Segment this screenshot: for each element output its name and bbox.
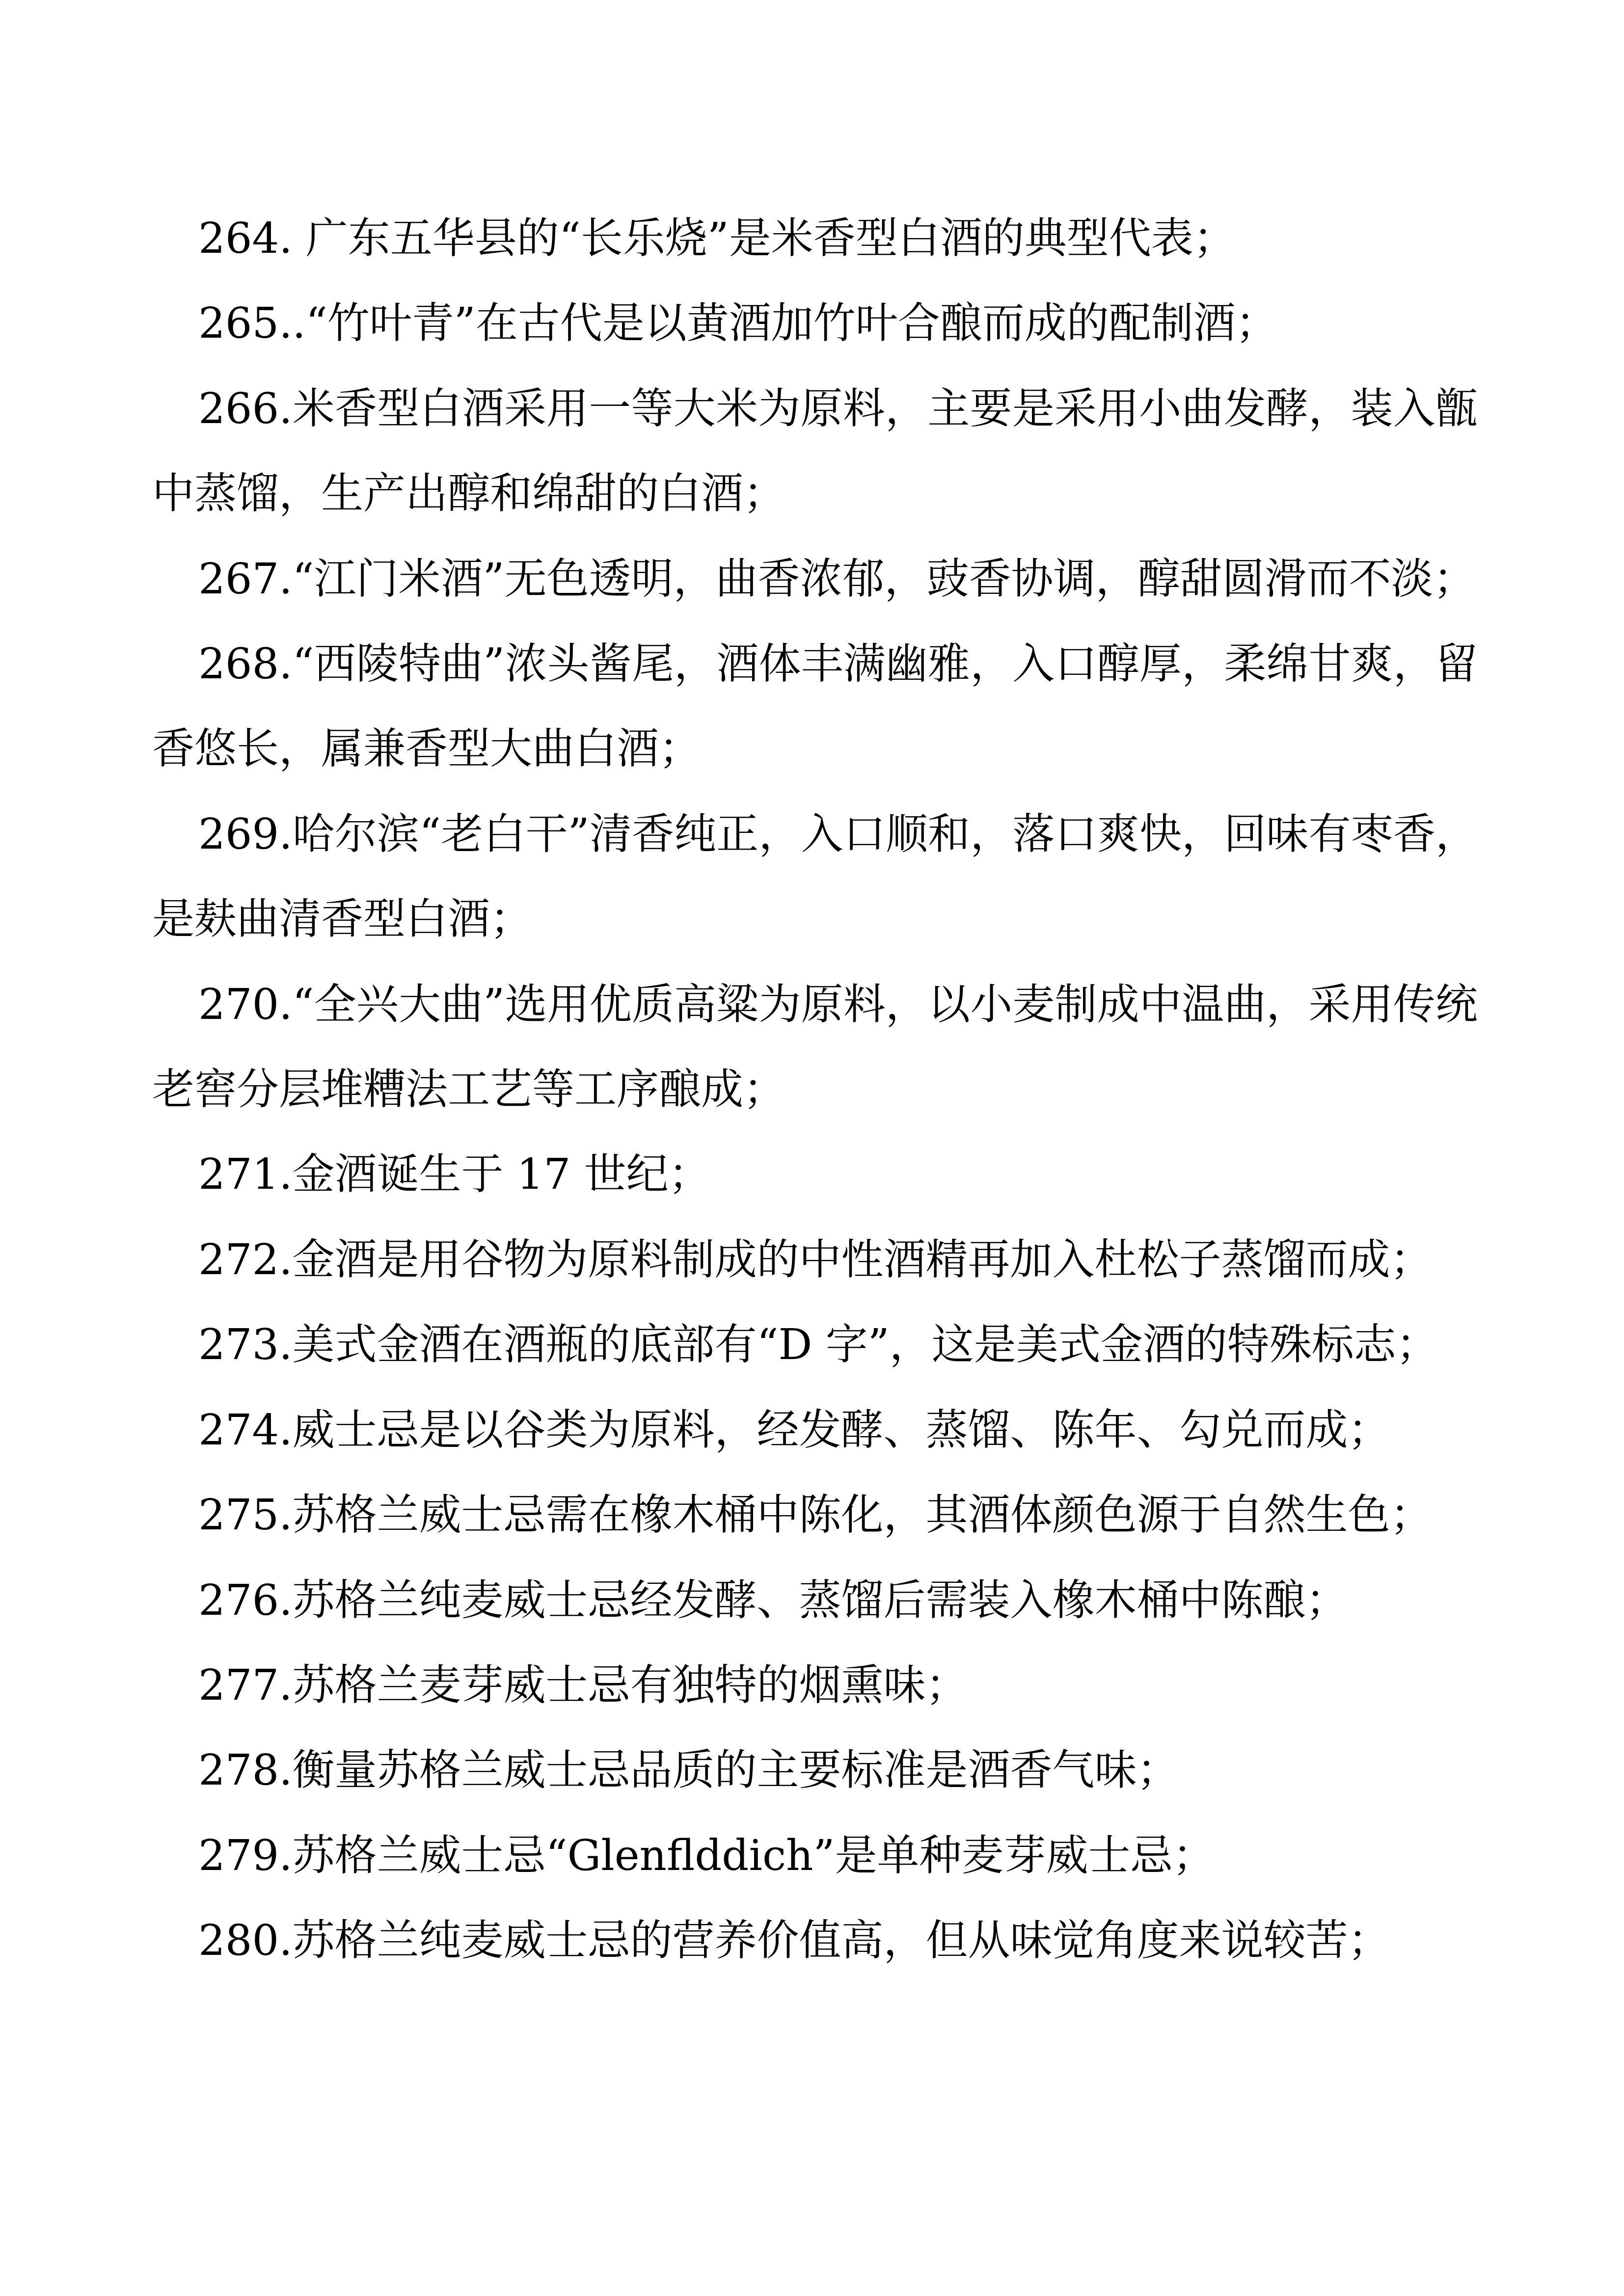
list-item-280: 280.苏格兰纯麦威士忌的营养价值高，但从味觉角度来说较苦； — [152, 1898, 1478, 1983]
item-text: “江门米酒”无色透明，曲香浓郁，豉香协调，醇甜圆滑而不淡； — [292, 555, 1475, 604]
list-item-271: 271.金酒诞生于 17 世纪； — [152, 1132, 1478, 1217]
item-number: 268. — [198, 640, 292, 689]
list-item-264: 264. 广东五华县的“长乐烧”是米香型白酒的典型代表； — [152, 196, 1478, 281]
item-text: 苏格兰威士忌“Glenflddich”是单种麦芽威士忌； — [292, 1831, 1215, 1880]
item-text: 哈尔滨“老白干”清香纯正，入口顺和，落口爽快，回味有枣香，是麸曲清香型白酒； — [152, 810, 1478, 944]
item-text: 金酒诞生于 17 世纪； — [292, 1150, 710, 1199]
item-text: 苏格兰麦芽威士忌有独特的烟熏味； — [292, 1661, 968, 1710]
item-text: 米香型白酒采用一等大米为原料，主要是采用小曲发酵，装入甑中蒸馏，生产出醇和绵甜的… — [152, 384, 1478, 518]
document-page: 264. 广东五华县的“长乐烧”是米香型白酒的典型代表； 265..“竹叶青”在… — [152, 196, 1478, 1984]
item-text: 威士忌是以谷类为原料，经发酵、蒸馏、陈年、勾兑而成； — [292, 1406, 1390, 1455]
list-item-278: 278.衡量苏格兰威士忌品质的主要标准是酒香气味； — [152, 1728, 1478, 1813]
item-number: 276. — [198, 1576, 292, 1625]
item-text: “西陵特曲”浓头酱尾，酒体丰满幽雅，入口醇厚，柔绵甘爽，留香悠长，属兼香型大曲白… — [152, 640, 1478, 774]
list-item-270: 270.“全兴大曲”选用优质高粱为原料，以小麦制成中温曲，采用传统老窖分层堆糟法… — [152, 962, 1478, 1133]
list-item-279: 279.苏格兰威士忌“Glenflddich”是单种麦芽威士忌； — [152, 1814, 1478, 1898]
item-number: 279. — [198, 1831, 292, 1880]
list-item-277: 277.苏格兰麦芽威士忌有独特的烟熏味； — [152, 1643, 1478, 1728]
list-item-272: 272.金酒是用谷物为原料制成的中性酒精再加入杜松子蒸馏而成； — [152, 1218, 1478, 1303]
item-number: 266. — [198, 384, 292, 433]
item-text: 美式金酒在酒瓶的底部有“D 字”，这是美式金酒的特殊标志； — [292, 1320, 1438, 1369]
item-text: 金酒是用谷物为原料制成的中性酒精再加入杜松子蒸馏而成； — [292, 1235, 1432, 1284]
item-number: 265.. — [198, 299, 306, 348]
item-number: 264. — [198, 214, 292, 263]
item-number: 278. — [198, 1746, 292, 1795]
list-item-269: 269.哈尔滨“老白干”清香纯正，入口顺和，落口爽快，回味有枣香，是麸曲清香型白… — [152, 792, 1478, 962]
list-item-266: 266.米香型白酒采用一等大米为原料，主要是采用小曲发酵，装入甑中蒸馏，生产出醇… — [152, 367, 1478, 537]
item-number: 270. — [198, 980, 292, 1029]
item-number: 274. — [198, 1406, 292, 1455]
list-item-273: 273.美式金酒在酒瓶的底部有“D 字”，这是美式金酒的特殊标志； — [152, 1303, 1478, 1388]
list-item-276: 276.苏格兰纯麦威士忌经发酵、蒸馏后需装入橡木桶中陈酿； — [152, 1558, 1478, 1643]
item-number: 271. — [198, 1150, 292, 1199]
item-number: 273. — [198, 1320, 292, 1369]
item-number: 269. — [198, 810, 292, 859]
item-text: 苏格兰威士忌需在橡木桶中陈化，其酒体颜色源于自然生色； — [292, 1491, 1432, 1540]
list-item-267: 267.“江门米酒”无色透明，曲香浓郁，豉香协调，醇甜圆滑而不淡； — [152, 537, 1478, 622]
item-number: 275. — [198, 1491, 292, 1540]
list-item-275: 275.苏格兰威士忌需在橡木桶中陈化，其酒体颜色源于自然生色； — [152, 1473, 1478, 1558]
item-text: 衡量苏格兰威士忌品质的主要标准是酒香气味； — [292, 1746, 1179, 1795]
list-item-274: 274.威士忌是以谷类为原料，经发酵、蒸馏、陈年、勾兑而成； — [152, 1388, 1478, 1473]
item-text: 苏格兰纯麦威士忌的营养价值高，但从味觉角度来说较苦； — [292, 1916, 1390, 1965]
item-number: 272. — [198, 1235, 292, 1284]
item-text: “竹叶青”在古代是以黄酒加竹叶合酿而成的配制酒； — [306, 299, 1278, 348]
item-text: “全兴大曲”选用优质高粱为原料，以小麦制成中温曲，采用传统老窖分层堆糟法工艺等工… — [152, 980, 1478, 1114]
list-item-268: 268.“西陵特曲”浓头酱尾，酒体丰满幽雅，入口醇厚，柔绵甘爽，留香悠长，属兼香… — [152, 622, 1478, 792]
item-number: 267. — [198, 555, 292, 604]
list-item-265: 265..“竹叶青”在古代是以黄酒加竹叶合酿而成的配制酒； — [152, 281, 1478, 366]
item-text: 广东五华县的“长乐烧”是米香型白酒的典型代表； — [292, 214, 1235, 263]
item-number: 280. — [198, 1916, 292, 1965]
item-number: 277. — [198, 1661, 292, 1710]
item-text: 苏格兰纯麦威士忌经发酵、蒸馏后需装入橡木桶中陈酿； — [292, 1576, 1348, 1625]
